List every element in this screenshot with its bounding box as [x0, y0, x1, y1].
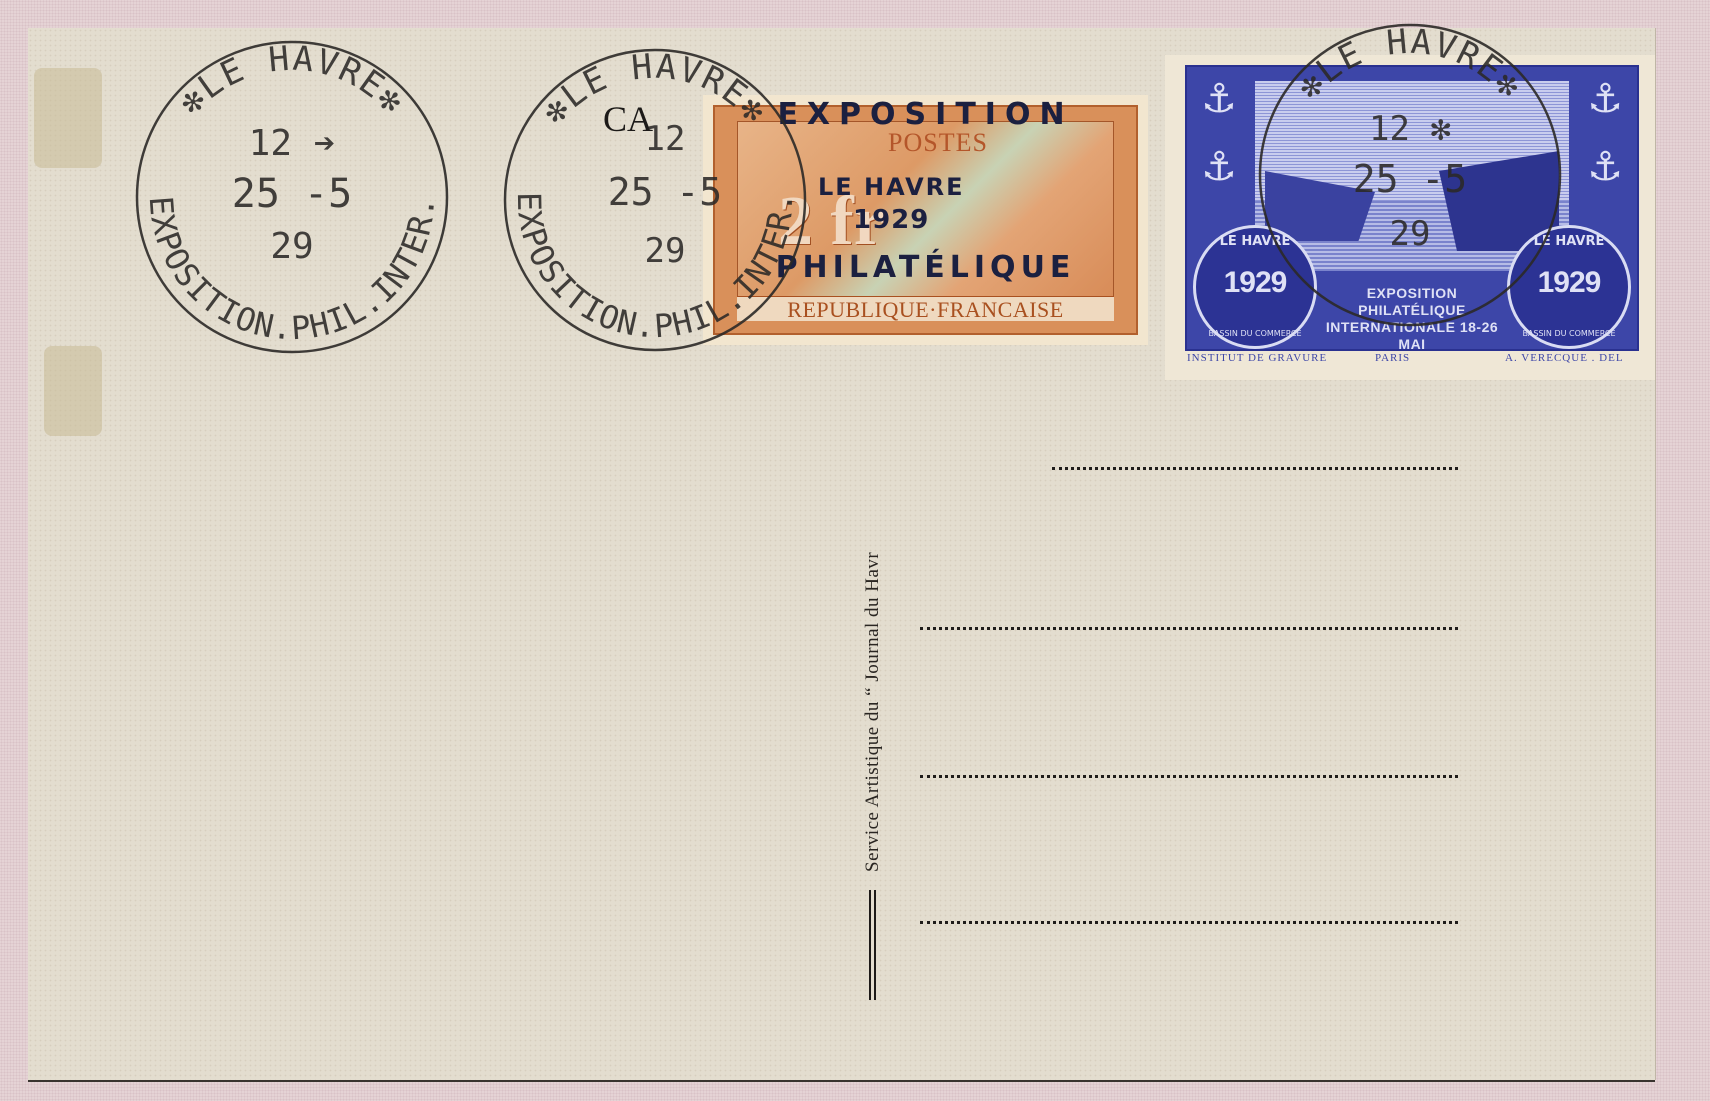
- right-cancel-date: 25 -5: [1353, 157, 1467, 201]
- svg-text:✻LE HAVRE✻: ✻LE HAVRE✻: [1290, 22, 1531, 107]
- left-cancel-hour: 12 ➔: [249, 123, 336, 164]
- middle-cancel-year: 29: [645, 231, 686, 271]
- svg-text:✻LE HAVRE✻: ✻LE HAVRE✻: [171, 39, 413, 123]
- left-cancel-date: 25 -5: [232, 171, 352, 217]
- postmarks-layer: ✻LE HAVRE✻ EXPOSITION.PHIL.INTER. 12 ➔ 2…: [0, 0, 1710, 1101]
- address-line-4: [920, 921, 1458, 924]
- publisher-line: Service Artistique du “ Journal du Havr: [862, 552, 884, 872]
- right-cancel-top-text: ✻LE HAVRE✻: [1290, 22, 1531, 107]
- address-line-3: [920, 775, 1458, 778]
- divider-line: [869, 890, 871, 1000]
- svg-text:EXPOSITION.PHIL.INTER.: EXPOSITION.PHIL.INTER.: [142, 195, 443, 347]
- middle-cancel-hour: 12: [645, 119, 686, 159]
- divider-line: [874, 890, 876, 1000]
- left-cancel-year: 29: [270, 226, 313, 267]
- address-line-1: [1052, 467, 1458, 470]
- right-cancel-hour: 12 ✻: [1369, 109, 1451, 149]
- right-cancel-year: 29: [1390, 214, 1431, 254]
- left-cancel-bottom-text: EXPOSITION.PHIL.INTER.: [142, 195, 443, 347]
- address-line-2: [920, 627, 1458, 630]
- middle-cancel-date: 25 -5: [608, 170, 722, 214]
- left-cancel-top-text: ✻LE HAVRE✻: [171, 39, 413, 123]
